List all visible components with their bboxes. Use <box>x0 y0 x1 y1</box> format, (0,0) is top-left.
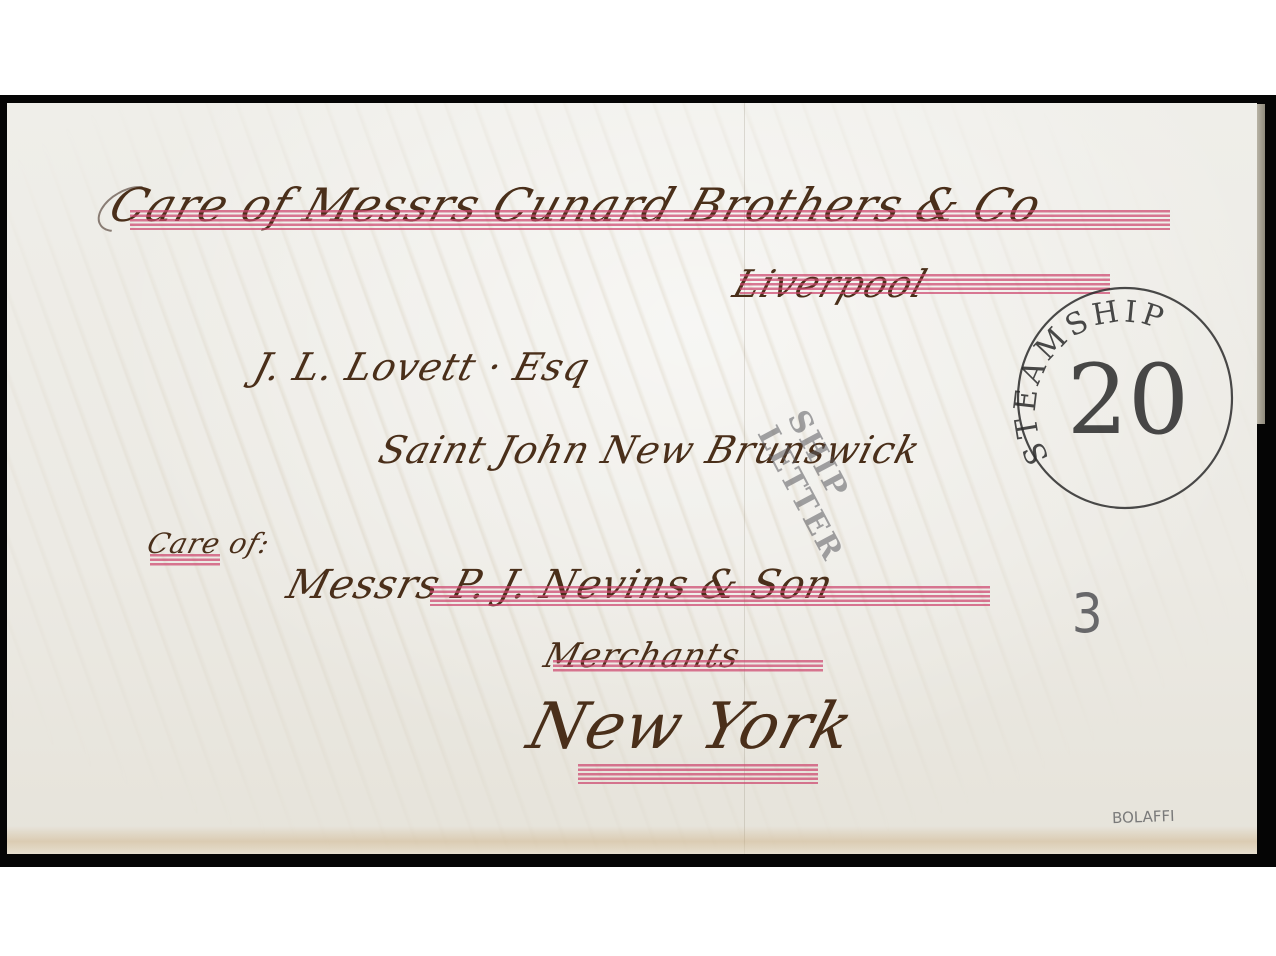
strike-through <box>553 658 823 672</box>
strike-through <box>578 762 818 784</box>
steamship-circular-handstamp: STEAMSHIP 20 <box>1010 283 1240 513</box>
strike-through <box>430 584 990 606</box>
steamship-postmark-icon: STEAMSHIP 20 <box>1010 283 1240 513</box>
strike-through <box>150 552 220 566</box>
recipient-name: J. L. Lovett · Esq <box>249 345 595 389</box>
edge-toning <box>7 826 1257 854</box>
rate-handstamp: 3 <box>1072 582 1103 645</box>
dealer-pencil-mark: BOLAFFI <box>1112 807 1175 827</box>
agent-city: New York <box>520 690 861 764</box>
strike-through <box>130 208 1170 230</box>
steamship-rate-text: 20 <box>1067 344 1189 456</box>
